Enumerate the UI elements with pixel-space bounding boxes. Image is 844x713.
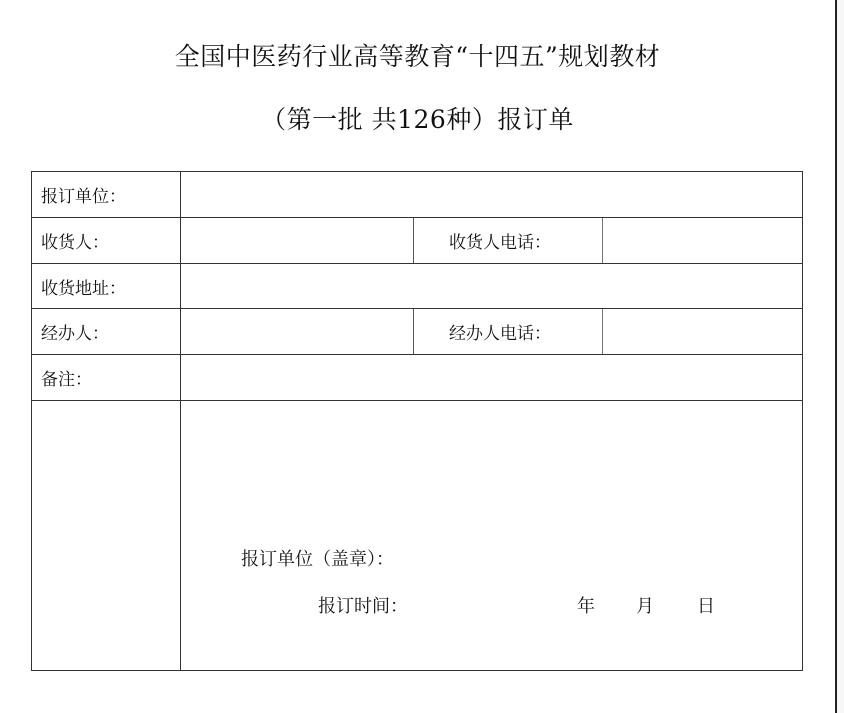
remarks-field[interactable] [181, 355, 802, 400]
row-signature [32, 401, 802, 670]
month-label: 月 [636, 592, 654, 618]
signature-area[interactable] [181, 401, 802, 670]
order-unit-field[interactable] [181, 172, 802, 217]
page-edge-divider [835, 0, 844, 713]
handler-phone-field[interactable] [603, 309, 802, 354]
year-label: 年 [577, 592, 595, 618]
consignee-phone-label: 收货人电话： [414, 218, 603, 263]
row-order-unit: 报订单位： [32, 172, 802, 218]
address-label: 收货地址： [32, 264, 181, 308]
stamp-label: 报订单位（盖章）： [241, 545, 394, 571]
order-unit-label: 报订单位： [32, 172, 181, 217]
day-label: 日 [697, 592, 715, 618]
consignee-label: 收货人： [32, 218, 181, 263]
address-field[interactable] [181, 264, 802, 308]
row-remarks: 备注： [32, 355, 802, 401]
order-date-label: 报订时间： [318, 592, 408, 618]
document-title: 全国中医药行业高等教育“十四五”规划教材 [0, 37, 835, 73]
remarks-label: 备注： [32, 355, 181, 400]
order-form-table: 报订单位： 收货人： 收货人电话： 收货地址： 经办人： 经办人电话： 备注： … [31, 171, 803, 671]
handler-label: 经办人： [32, 309, 181, 354]
row-address: 收货地址： [32, 264, 802, 309]
handler-phone-label: 经办人电话： [414, 309, 603, 354]
document-subtitle: （第一批 共126种）报订单 [0, 100, 835, 136]
row-handler: 经办人： 经办人电话： [32, 309, 802, 355]
handler-field[interactable] [181, 309, 414, 354]
consignee-phone-field[interactable] [603, 218, 802, 263]
consignee-field[interactable] [181, 218, 414, 263]
row-consignee: 收货人： 收货人电话： [32, 218, 802, 264]
signature-left-blank [32, 401, 181, 670]
